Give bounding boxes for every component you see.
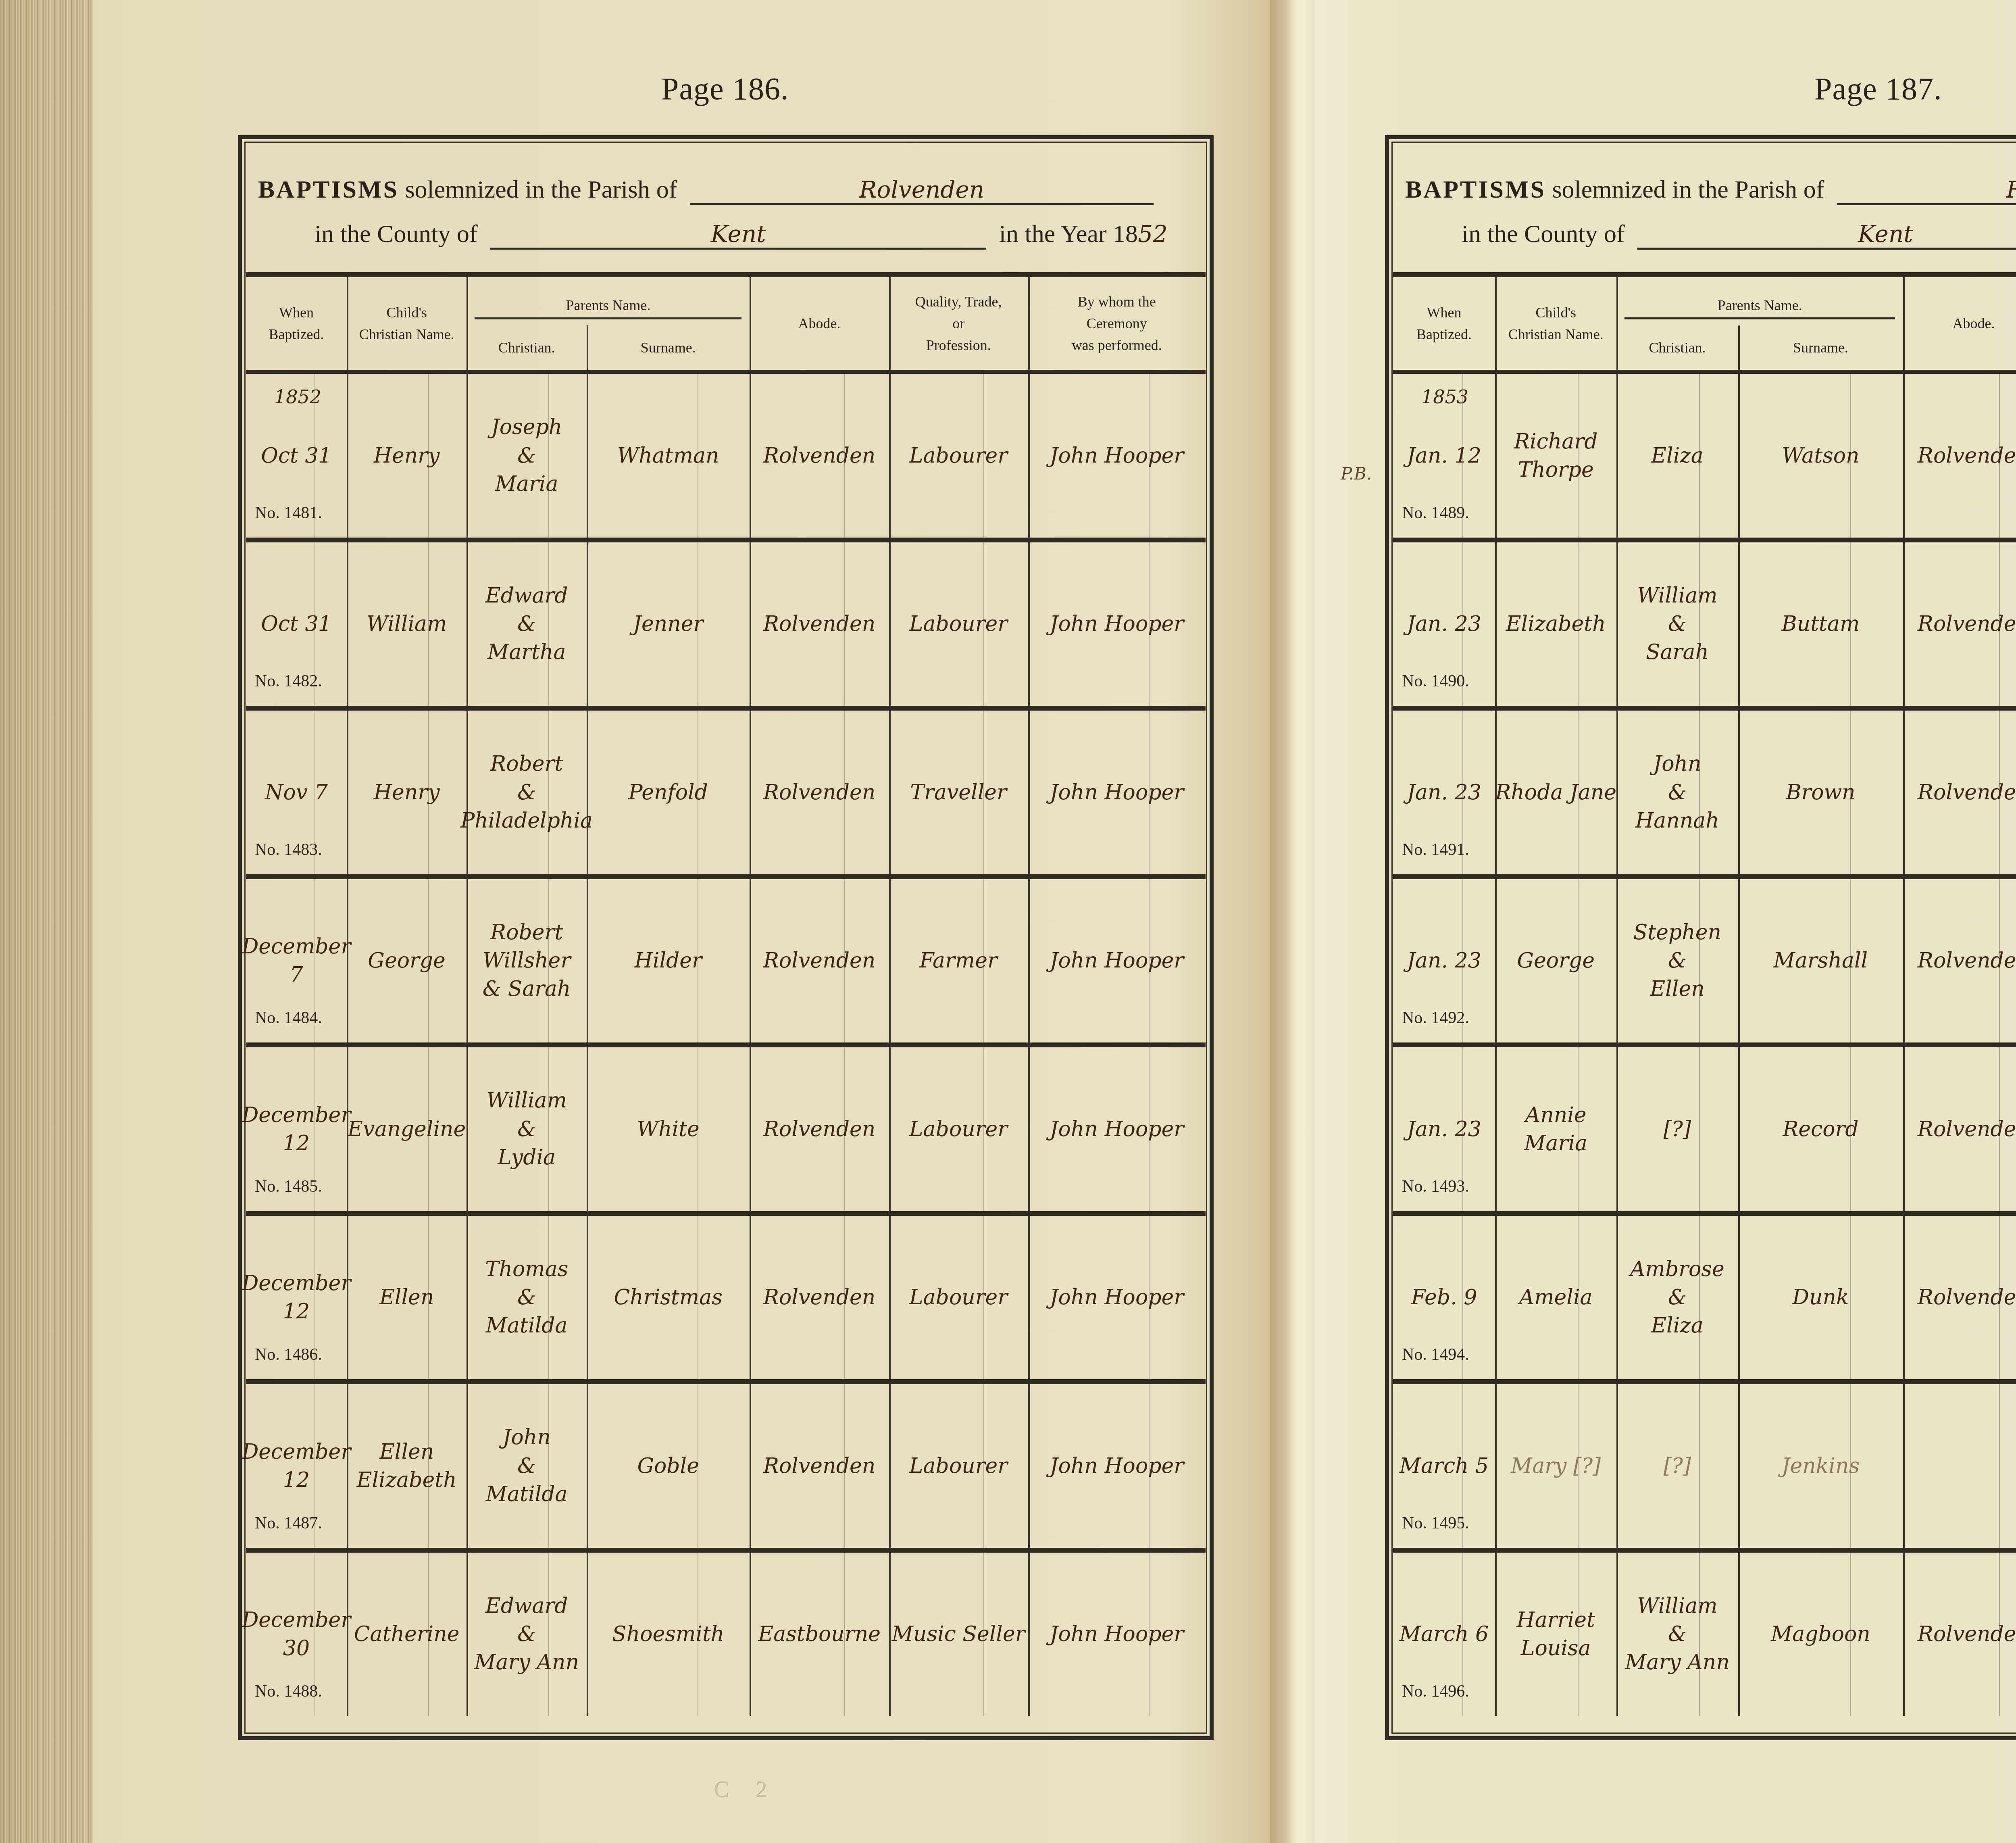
date-cell-text: March 6: [1400, 1620, 1489, 1648]
abode-cell: Rolvenden: [750, 1047, 891, 1211]
abode-cell-text: Rolvenden: [763, 778, 875, 807]
header-when-baptized-line: Baptized.: [1416, 323, 1472, 345]
county-label: in the County of: [1462, 220, 1625, 248]
abode-cell-text: Rolvenden: [1918, 1620, 2016, 1648]
child-name-cell-text: Mary [?]: [1511, 1452, 1601, 1480]
parent-name-line: &: [517, 442, 536, 470]
surname-cell-text: Watson: [1782, 442, 1859, 470]
parent-name-line: Willsher: [483, 947, 571, 975]
abode-cell-text: Rolvenden: [1918, 1283, 2016, 1311]
cell-ruling: [1149, 1553, 1150, 1716]
surname-cell-text: Marshall: [1774, 947, 1868, 975]
abode-label: Abode.: [798, 313, 841, 334]
parent-name-line: Edward: [485, 1592, 568, 1620]
child-name-cell: Ellen Elizabeth: [347, 1384, 469, 1548]
abode-cell: Rolvenden: [750, 879, 891, 1043]
parent-name-line: &: [1668, 778, 1687, 807]
year-field: 52: [1138, 220, 1166, 248]
abode-cell-text: Rolvenden: [1918, 442, 2016, 470]
cell-ruling: [1699, 1553, 1700, 1716]
child-name-cell: George: [1495, 879, 1618, 1043]
date-cell-text: Oct 31: [261, 442, 331, 470]
cell-ruling: [1999, 1047, 2000, 1211]
quality-cell: Traveller: [889, 711, 1030, 874]
cell-ruling: [844, 542, 845, 706]
entry-number: No. 1486.: [255, 1343, 322, 1366]
header-parents-name: Parents Name.Christian.Surname.: [467, 277, 751, 370]
header-quality-line: or: [952, 313, 964, 334]
parent-name-line: Mary Ann: [474, 1648, 579, 1676]
cell-ruling: [1999, 1216, 2000, 1380]
cell-ruling: [1149, 711, 1150, 874]
parents-christian-cell: RobertWillsher& Sarah: [467, 879, 588, 1043]
entry-number: No. 1492.: [1402, 1007, 1469, 1030]
child-name-cell-text: Evangeline: [348, 1115, 466, 1143]
parent-name-line: Matilda: [486, 1311, 568, 1340]
abode-cell: Rolvenden: [1903, 1553, 2016, 1716]
surname-cell-text: Christmas: [614, 1283, 723, 1311]
surname-cell: Shoesmith: [587, 1553, 752, 1716]
cell-ruling: [1699, 1384, 1700, 1548]
date-cell-text: December 12: [242, 1101, 351, 1157]
register-entry-row: Jan. 23No. 1490.ElizabethWilliam&SarahBu…: [1393, 542, 2016, 711]
cell-ruling: [698, 374, 698, 538]
parent-name-line: &: [517, 1283, 536, 1311]
quality-cell: Labourer: [889, 1047, 1030, 1211]
cell-ruling: [698, 542, 698, 706]
child-name-cell-text: Annie Maria: [1495, 1101, 1616, 1157]
register-entry-row: Oct 31No. 1482.WilliamEdward&MarthaJenne…: [246, 542, 1206, 711]
officiant-cell-text: John Hooper: [1050, 1620, 1184, 1648]
register-entry-row: December 12No. 1486.EllenThomas&MatildaC…: [246, 1216, 1206, 1384]
date-cell: Jan. 23No. 1493.: [1393, 1047, 1497, 1211]
header-quality: Quality, Trade,orProfession.: [889, 277, 1030, 370]
abode-cell: Rolvenden: [750, 1384, 891, 1548]
parent-name-line: & Sarah: [483, 975, 571, 1003]
register-grid: WhenBaptized.Child'sChristian Name.Paren…: [1393, 272, 2016, 1732]
surname-cell: Penfold: [587, 711, 752, 874]
date-cell: March 6No. 1496.: [1393, 1553, 1497, 1716]
parent-name-line: Edward: [485, 582, 568, 610]
cell-ruling: [1149, 374, 1150, 538]
parents-christian-cell: Eliza: [1616, 374, 1739, 538]
cell-ruling: [548, 711, 549, 874]
register-entry-row: December 12No. 1487.Ellen ElizabethJohn&…: [246, 1384, 1206, 1553]
parent-name-line: &: [1668, 1620, 1687, 1648]
date-cell: March 5No. 1495.: [1393, 1384, 1497, 1548]
parent-name-line: Robert: [490, 918, 563, 947]
year-printed: 18: [274, 386, 298, 408]
officiant-cell: John Hooper: [1028, 711, 1206, 874]
surname-cell: Dunk: [1738, 1216, 1905, 1380]
quality-cell: Labourer: [889, 1216, 1030, 1380]
officiant-cell: John Hooper: [1028, 374, 1206, 538]
register-grid: WhenBaptized.Child'sChristian Name.Paren…: [246, 272, 1206, 1732]
parent-name-line: Stephen: [1633, 918, 1721, 947]
parish-field: Rolvenden: [690, 176, 1154, 205]
cell-ruling: [844, 374, 845, 538]
abode-cell: Rolvenden: [750, 542, 891, 706]
header-when-baptized: WhenBaptized.: [1393, 277, 1497, 370]
cell-ruling: [1850, 542, 1851, 706]
cell-ruling: [1699, 1216, 1700, 1380]
surname-label: Surname.: [1738, 325, 1904, 370]
date-cell-text: December 12: [242, 1269, 351, 1326]
entry-number: No. 1481.: [255, 502, 322, 525]
register-title: BAPTISMS solemnized in the Parish of Rol…: [1405, 159, 2016, 260]
date-cell-text: Oct 31: [261, 610, 331, 638]
cell-ruling: [1699, 542, 1700, 706]
parent-name-line: William: [1637, 582, 1717, 610]
title-prefix: BAPTISMS: [1405, 176, 1546, 203]
christian-label: Christian.: [467, 325, 588, 370]
cell-ruling: [698, 711, 698, 874]
parents-christian-cell: Robert&Philadelphia: [467, 711, 588, 874]
surname-cell-text: Jenner: [633, 610, 703, 638]
date-cell-text: Jan. 23: [1407, 947, 1481, 975]
cell-ruling: [698, 1047, 698, 1211]
cell-ruling: [1149, 1216, 1150, 1380]
entry-number: No. 1494.: [1402, 1343, 1469, 1366]
cell-ruling: [1578, 1216, 1579, 1380]
date-cell: Feb. 9No. 1494.: [1393, 1216, 1497, 1380]
surname-cell: White: [587, 1047, 752, 1211]
abode-cell: Rolvenden: [750, 1216, 891, 1380]
officiant-cell: John Hooper: [1028, 1553, 1206, 1716]
child-name-cell: Ellen: [347, 1216, 469, 1380]
christian-label: Christian.: [1616, 325, 1739, 370]
surname-cell-text: Buttam: [1781, 610, 1860, 638]
cell-ruling: [1699, 1047, 1700, 1211]
child-name-cell: Mary [?]: [1495, 1384, 1618, 1548]
register-entry-row: Nov 7No. 1483.HenryRobert&PhiladelphiaPe…: [246, 711, 1206, 879]
quality-cell-text: Traveller: [910, 778, 1007, 807]
cell-ruling: [983, 1384, 984, 1548]
county-field: Kent: [1637, 220, 2016, 250]
quality-cell-text: Labourer: [909, 610, 1008, 638]
date-cell: Oct 31No. 1481.1852: [246, 374, 348, 538]
child-name-cell: Amelia: [1495, 1216, 1618, 1380]
surname-cell: Goble: [587, 1384, 752, 1548]
header-child-name-line: Child's: [386, 302, 427, 323]
surname-cell: Jenner: [587, 542, 752, 706]
register-entry-row: December 12No. 1485.EvangelineWilliam&Ly…: [246, 1047, 1206, 1216]
title-text: solemnized in the Parish of: [405, 176, 677, 203]
date-cell-text: Jan. 23: [1407, 778, 1481, 807]
surname-cell-text: Brown: [1786, 778, 1855, 807]
open-register-book: Page 186. BAPTISMS solemnized in the Par…: [0, 0, 2016, 1843]
year-mark: 1852: [274, 384, 321, 410]
margin-note: P.B.: [1341, 464, 1372, 484]
surname-cell: Jenkins: [1738, 1384, 1905, 1548]
cell-ruling: [698, 1553, 698, 1716]
child-name-cell-text: Elizabeth: [1506, 610, 1606, 638]
cell-ruling: [1578, 711, 1579, 874]
year-label: in the Year 18: [999, 220, 1138, 248]
abode-cell: Rolvenden: [1903, 374, 2016, 538]
officiant-cell-text: John Hooper: [1050, 778, 1184, 807]
abode-cell-text: Rolvenden: [1918, 1115, 2016, 1143]
parent-name-line: Joseph: [491, 413, 562, 441]
child-name-cell: Henry: [347, 374, 469, 538]
cell-ruling: [1578, 879, 1579, 1043]
abode-cell: Rolvenden: [1903, 711, 2016, 874]
child-name-cell: William: [347, 542, 469, 706]
parent-name-line: Ambrose: [1630, 1255, 1724, 1283]
abode-cell-text: Rolvenden: [763, 610, 875, 638]
abode-cell-text: Rolvenden: [763, 442, 875, 470]
year-mark: 1853: [1421, 384, 1468, 410]
abode-cell-text: Rolvenden: [1918, 610, 2016, 638]
abode-cell-text: Eastbourne: [758, 1620, 881, 1648]
surname-cell: Hilder: [587, 879, 752, 1043]
cell-ruling: [1578, 1047, 1579, 1211]
date-cell: December 12No. 1485.: [246, 1047, 348, 1211]
cell-ruling: [1850, 1553, 1851, 1716]
date-cell-text: Jan. 23: [1407, 1115, 1481, 1143]
header-when-baptized: WhenBaptized.: [246, 277, 348, 370]
abode-cell: Rolvenden: [750, 711, 891, 874]
child-name-cell-text: Rhoda Jane: [1495, 778, 1616, 807]
parent-name-line: &: [1668, 610, 1687, 638]
parents-christian-cell: Stephen&Ellen: [1616, 879, 1739, 1043]
date-cell: Oct 31No. 1482.: [246, 542, 348, 706]
officiant-cell: John Hooper: [1028, 542, 1206, 706]
child-name-cell-text: William: [367, 610, 447, 638]
date-cell-text: Jan. 12: [1407, 442, 1481, 470]
cell-ruling: [1149, 879, 1150, 1043]
parent-name-line: Eliza: [1651, 442, 1704, 470]
abode-cell-text: Rolvenden: [763, 1115, 875, 1143]
officiant-cell-text: John Hooper: [1050, 1115, 1184, 1143]
quality-cell: Farmer: [889, 879, 1030, 1043]
register-entry-row: Oct 31No. 1481.1852HenryJoseph&MariaWhat…: [246, 374, 1206, 542]
header-officiant-line: By whom the: [1078, 291, 1156, 313]
cell-ruling: [428, 1216, 429, 1380]
surname-cell-text: Magboon: [1771, 1620, 1870, 1648]
register-entry-row: Jan. 23No. 1491.Rhoda JaneJohn&HannahBro…: [1393, 711, 2016, 879]
parents-christian-cell: Ambrose&Eliza: [1616, 1216, 1739, 1380]
officiant-cell: John Hooper: [1028, 1047, 1206, 1211]
quality-cell: Labourer: [889, 1384, 1030, 1548]
parents-christian-cell: John&Matilda: [467, 1384, 588, 1548]
cell-ruling: [1850, 374, 1851, 538]
officiant-cell-text: John Hooper: [1050, 442, 1184, 470]
header-when-baptized-line: When: [1427, 302, 1462, 323]
parent-name-line: William: [486, 1086, 566, 1115]
year-written: 52: [298, 386, 322, 408]
date-cell: December 7No. 1484.: [246, 879, 348, 1043]
parent-name-line: &: [517, 1452, 536, 1480]
parents-christian-cell: [?]: [1616, 1384, 1739, 1548]
header-parents-name: Parents Name.Christian.Surname.: [1616, 277, 1905, 370]
header-child-name: Child'sChristian Name.: [347, 277, 469, 370]
cell-ruling: [548, 1047, 549, 1211]
cell-ruling: [1578, 1384, 1579, 1548]
parent-name-line: John: [503, 1423, 551, 1451]
quality-cell: Labourer: [889, 542, 1030, 706]
cell-ruling: [1850, 1047, 1851, 1211]
cell-ruling: [1699, 879, 1700, 1043]
cell-ruling: [428, 374, 429, 538]
child-name-cell-text: Henry: [374, 778, 440, 807]
parents-christian-cell: Thomas&Matilda: [467, 1216, 588, 1380]
child-name-cell-text: Ellen: [379, 1283, 434, 1311]
cell-ruling: [548, 374, 549, 538]
date-cell-text: December 30: [242, 1606, 351, 1662]
parent-name-line: &: [517, 778, 536, 807]
cell-ruling: [698, 1384, 698, 1548]
quality-cell: Music Seller: [889, 1553, 1030, 1716]
entry-number: No. 1487.: [255, 1512, 322, 1535]
cell-ruling: [983, 1047, 984, 1211]
surname-cell-text: Hilder: [634, 947, 702, 975]
child-name-cell-text: George: [368, 947, 446, 975]
surname-cell-text: Jenkins: [1782, 1452, 1860, 1480]
child-name-cell: Catherine: [347, 1553, 469, 1716]
quality-cell-text: Labourer: [909, 1283, 1008, 1311]
parent-name-line: Hannah: [1635, 807, 1719, 835]
register-entry-row: Jan. 23No. 1493.Annie Maria[?]RecordRolv…: [1393, 1047, 2016, 1216]
parent-name-line: Ellen: [1650, 975, 1704, 1003]
date-cell: December 30No. 1488.: [246, 1553, 348, 1716]
surname-cell-text: Record: [1783, 1115, 1859, 1143]
entry-number: No. 1485.: [255, 1175, 322, 1198]
parent-name-line: Mary Ann: [1625, 1648, 1730, 1676]
cell-ruling: [1578, 542, 1579, 706]
entry-number: No. 1483.: [255, 838, 322, 861]
child-name-cell-text: Henry: [374, 442, 440, 470]
entry-number: No. 1482.: [255, 670, 322, 693]
cell-ruling: [1999, 542, 2000, 706]
header-child-name-line: Christian Name.: [359, 323, 454, 345]
cell-ruling: [1699, 711, 1700, 874]
surname-cell: Marshall: [1738, 879, 1905, 1043]
abode-cell: Rolvenden: [1903, 1216, 2016, 1380]
cell-ruling: [844, 1553, 845, 1716]
header-abode: Abode.: [1903, 277, 2016, 370]
quality-cell: Labourer: [889, 374, 1030, 538]
parent-name-line: [?]: [1664, 1115, 1691, 1143]
surname-cell: Watson: [1738, 374, 1905, 538]
book-gutter: [1270, 0, 1314, 1843]
parent-name-line: &: [517, 610, 536, 638]
year-written: 53: [1445, 386, 1469, 408]
surname-cell-text: Dunk: [1792, 1283, 1849, 1311]
parents-christian-cell: William&Sarah: [1616, 542, 1739, 706]
county-field: Kent: [490, 220, 986, 250]
right-baptism-register: BAPTISMS solemnized in the Parish of Rol…: [1385, 135, 2016, 1740]
cell-ruling: [1850, 1384, 1851, 1548]
surname-label: Surname.: [587, 325, 750, 370]
parent-name-line: [?]: [1664, 1452, 1691, 1480]
date-cell-text: Nov 7: [265, 778, 328, 807]
cell-ruling: [1149, 1047, 1150, 1211]
left-baptism-register: BAPTISMS solemnized in the Parish of Rol…: [238, 135, 1214, 1740]
cell-ruling: [844, 1384, 845, 1548]
page-edges: [0, 0, 93, 1843]
header-child-name-line: Child's: [1535, 302, 1576, 323]
header-officiant: By whom theCeremonywas performed.: [1028, 277, 1206, 370]
abode-cell-text: Rolvenden: [1918, 947, 2016, 975]
parent-name-line: Philadelphia: [460, 807, 593, 835]
child-name-cell: Richard Thorpe: [1495, 374, 1618, 538]
cell-ruling: [983, 1216, 984, 1380]
abode-cell: [1903, 1384, 2016, 1548]
surname-cell: Buttam: [1738, 542, 1905, 706]
surname-cell: Magboon: [1738, 1553, 1905, 1716]
parent-name-line: Martha: [487, 638, 566, 666]
surname-cell-text: Goble: [637, 1452, 699, 1480]
cell-ruling: [548, 542, 549, 706]
register-entry-row: December 30No. 1488.CatherineEdward&Mary…: [246, 1553, 1206, 1716]
child-name-cell: Rhoda Jane: [1495, 711, 1618, 874]
parents-name-label: Parents Name.: [1624, 293, 1895, 319]
abode-cell-text: Rolvenden: [763, 947, 875, 975]
cell-ruling: [428, 1047, 429, 1211]
cell-ruling: [548, 1553, 549, 1716]
cell-ruling: [428, 1384, 429, 1548]
cell-ruling: [1999, 374, 2000, 538]
entry-number: No. 1496.: [1402, 1680, 1469, 1703]
register-entry-row: Jan. 12No. 1489.1853Richard ThorpeElizaW…: [1393, 374, 2016, 542]
abode-cell: Eastbourne: [750, 1553, 891, 1716]
cell-ruling: [1578, 1553, 1579, 1716]
year-printed: 18: [1421, 386, 1445, 408]
date-cell: December 12No. 1486.: [246, 1216, 348, 1380]
right-page-number: Page 187.: [1814, 71, 1942, 107]
header-when-baptized-line: Baptized.: [269, 323, 324, 345]
cell-ruling: [1850, 879, 1851, 1043]
parents-christian-cell: Edward&Martha: [467, 542, 588, 706]
quality-cell-text: Farmer: [919, 947, 997, 975]
parents-christian-cell: William&Mary Ann: [1616, 1553, 1739, 1716]
entry-number: No. 1489.: [1402, 502, 1469, 525]
parent-name-line: Thomas: [485, 1255, 568, 1283]
parent-name-line: &: [1668, 1283, 1687, 1311]
header-quality-line: Profession.: [926, 334, 991, 356]
child-name-cell: Annie Maria: [1495, 1047, 1618, 1211]
quality-cell-text: Labourer: [909, 442, 1008, 470]
parent-name-line: John: [1653, 750, 1701, 778]
officiant-cell: John Hooper: [1028, 879, 1206, 1043]
cell-ruling: [844, 711, 845, 874]
left-page-number: Page 186.: [661, 71, 789, 107]
entry-number: No. 1490.: [1402, 670, 1469, 693]
entry-number: No. 1493.: [1402, 1175, 1469, 1198]
abode-cell: Rolvenden: [750, 374, 891, 538]
column-header-row: WhenBaptized.Child'sChristian Name.Paren…: [1393, 277, 2016, 374]
cell-ruling: [983, 711, 984, 874]
register-entry-row: Jan. 23No. 1492.GeorgeStephen&EllenMarsh…: [1393, 879, 2016, 1048]
date-cell: Nov 7No. 1483.: [246, 711, 348, 874]
surname-cell-text: Shoesmith: [612, 1620, 724, 1648]
entry-number: No. 1491.: [1402, 838, 1469, 861]
embossed-signature-mark: C 2: [714, 1776, 777, 1802]
parent-name-line: Matilda: [486, 1480, 568, 1508]
surname-cell-text: White: [637, 1115, 700, 1143]
cell-ruling: [1149, 1384, 1150, 1548]
parent-name-line: &: [517, 1620, 536, 1648]
cell-ruling: [983, 1553, 984, 1716]
date-cell: December 12No. 1487.: [246, 1384, 348, 1548]
cell-ruling: [1699, 374, 1700, 538]
child-name-cell: Henry: [347, 711, 469, 874]
parent-name-line: Eliza: [1651, 1311, 1704, 1340]
parents-christian-cell: [?]: [1616, 1047, 1739, 1211]
surname-cell: Record: [1738, 1047, 1905, 1211]
cell-ruling: [983, 542, 984, 706]
